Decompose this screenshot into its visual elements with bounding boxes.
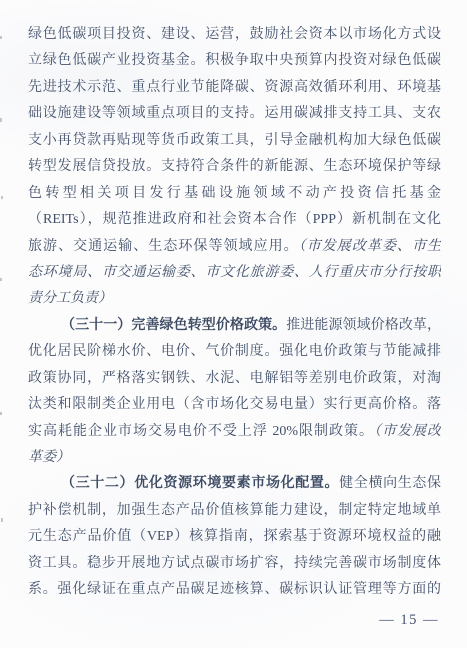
body-segment: 立绿色低碳产业投资基金。积极争取中央预算内投资对绿色低碳 [28, 53, 441, 68]
body-segment: 汰类和限制类企业用电（含市场化交易电量）实行更高价格。落 [28, 397, 441, 412]
body-segment: 健全横向生态保 [339, 476, 441, 491]
text-line: 础设施建设等领域重点项目的支持。运用碳减排支持工具、支农 [28, 101, 441, 127]
body-segment: （REITs），规范推进政府和社会资本合作（PPP）新机制在文化 [28, 212, 441, 227]
body-segment: 实高耗能企业市场交易电价不受上浮 20%限制政策。 [28, 424, 374, 439]
text-line: 政策协同，严格落实钢铁、水泥、电解铝等差别电价政策，对淘 [28, 366, 441, 392]
body-segment: 优化居民阶梯水价、电价、气价制度。强化电价政策与节能减排 [28, 344, 441, 359]
attribution-segment: 态环境局、市交通运输委、市文化旅游委、人行重庆市分行按职 [28, 265, 441, 280]
text-line: （REITs），规范推进政府和社会资本合作（PPP）新机制在文化 [28, 207, 441, 233]
body-segment: 旅游、交通运输、生态环保等领域应用。 [28, 239, 299, 254]
text-line: 实高耗能企业市场交易电价不受上浮 20%限制政策。（市发展改 [28, 419, 441, 445]
text-line: 护补偿机制，加强生态产品价值核算能力建设，制定特定地域单 [28, 498, 441, 524]
text-line: 色转型相关项目发行基础设施领域不动产投资信托基金 [28, 181, 441, 207]
body-segment: 色转型相关项目发行基础设施领域不动产投资信托基金 [28, 186, 441, 201]
scan-speck [0, 412, 2, 415]
text-line: 旅游、交通运输、生态环保等领域应用。（市发展改革委、市生 [28, 234, 441, 260]
text-line: 先进技术示范、重点行业节能降碳、资源高效循环利用、环境基 [28, 75, 441, 101]
body-segment: 系。强化绿证在重点产品碳足迹核算、碳标识认证管理等方面的 [28, 582, 441, 597]
attribution-segment: 责分工负责） [28, 291, 112, 306]
text-line: 优化居民阶梯水价、电价、气价制度。强化电价政策与节能减排 [28, 339, 441, 365]
scan-speck [0, 278, 2, 281]
text-line: 立绿色低碳产业投资基金。积极争取中央预算内投资对绿色低碳 [28, 48, 441, 74]
body-segment: 推进能源领域价格改革， [286, 318, 441, 333]
body-segment: 转型发展信贷投放。支持符合条件的新能源、生态环境保护等绿 [28, 159, 441, 174]
body-segment: 础设施建设等领域重点项目的支持。运用碳减排支持工具、支农 [28, 106, 441, 121]
scan-speck [0, 118, 2, 122]
body-segment: 先进技术示范、重点行业节能降碳、资源高效循环利用、环境基 [28, 80, 441, 95]
text-line: （三十一）完善绿色转型价格政策。推进能源领域价格改革， [28, 313, 441, 339]
body-segment: 支小再贷款再贴现等货币政策工具，引导金融机构加大绿色低碳 [28, 133, 441, 148]
text-line: 元生态产品价值（VEP）核算指南，探索基于资源环境权益的融 [28, 524, 441, 550]
scan-speck [1, 518, 3, 522]
page-number: — 15 — [379, 612, 439, 629]
document-page: 绿色低碳项目投资、建设、运营，鼓励社会资本以市场化方式设立绿色低碳产业投资基金。… [0, 0, 467, 648]
attribution-segment: （市发展改 [374, 424, 441, 439]
text-line: 汰类和限制类企业用电（含市场化交易电量）实行更高价格。落 [28, 392, 441, 418]
text-line: 系。强化绿证在重点产品碳足迹核算、碳标识认证管理等方面的 [28, 577, 441, 603]
scan-speck [0, 36, 2, 39]
text-line: 资工具。稳步开展地方试点碳市场扩容，持续完善碳市场制度体 [28, 551, 441, 577]
text-line: （三十二）优化资源环境要素市场化配置。健全横向生态保 [28, 471, 441, 497]
heading-segment: （三十一）完善绿色转型价格政策。 [61, 318, 286, 333]
text-line: 转型发展信贷投放。支持符合条件的新能源、生态环境保护等绿 [28, 154, 441, 180]
scan-speck [1, 196, 3, 199]
document-text: 绿色低碳项目投资、建设、运营，鼓励社会资本以市场化方式设立绿色低碳产业投资基金。… [28, 22, 441, 604]
attribution-segment: （市发展改革委、市生 [299, 239, 441, 254]
heading-segment: （三十二）优化资源环境要素市场化配置。 [61, 476, 339, 491]
body-segment: 护补偿机制，加强生态产品价值核算能力建设，制定特定地域单 [28, 503, 441, 518]
body-segment: 政策协同，严格落实钢铁、水泥、电解铝等差别电价政策，对淘 [28, 371, 441, 386]
text-line: 态环境局、市交通运输委、市文化旅游委、人行重庆市分行按职 [28, 260, 441, 286]
body-segment: 元生态产品价值（VEP）核算指南，探索基于资源环境权益的融 [28, 529, 441, 544]
body-segment: 绿色低碳项目投资、建设、运营，鼓励社会资本以市场化方式设 [28, 27, 441, 42]
text-line: 支小再贷款再贴现等货币政策工具，引导金融机构加大绿色低碳 [28, 128, 441, 154]
text-line: 责分工负责） [28, 286, 441, 312]
attribution-segment: 革委） [28, 450, 70, 465]
text-line: 革委） [28, 445, 441, 471]
text-line: 绿色低碳项目投资、建设、运营，鼓励社会资本以市场化方式设 [28, 22, 441, 48]
body-segment: 资工具。稳步开展地方试点碳市场扩容，持续完善碳市场制度体 [28, 556, 441, 571]
